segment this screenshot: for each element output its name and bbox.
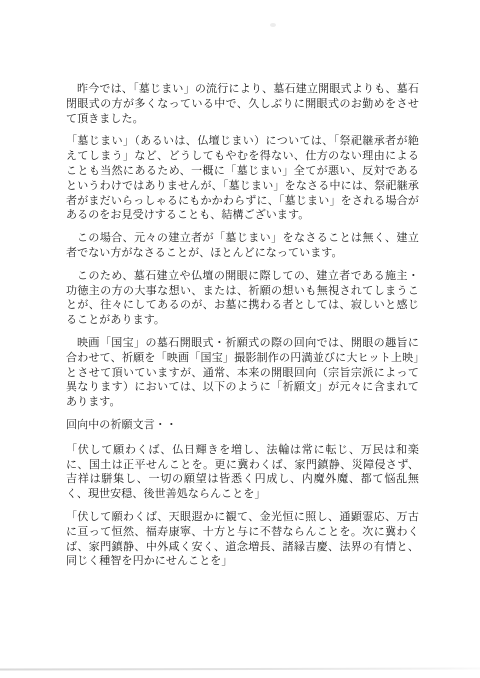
paragraph-konryusha: この場合、元々の建立者が「墓じまい」をなさることは無く、建立者でない方がなさるこ… <box>66 231 419 261</box>
paragraph-kiganbun-first-quote: 「伏して願わくば、仏日輝きを増し、法輪は常に転じ、万民は和楽に、国土は正平せんこ… <box>66 443 419 502</box>
paragraph-sabishii: このため、墓石建立や仏壇の開眼に際しての、建立者である施主・功徳主の方の大事な想… <box>66 269 419 328</box>
scan-smudge-artifact <box>270 23 276 27</box>
section-label-kigan-mongon: 回向中の祈願文言・・ <box>66 418 419 433</box>
paragraph-intro: 昨今では、「墓じまい」の流行により、墓石建立開眼式よりも、墓石閉眼式の方が多くな… <box>66 82 419 126</box>
document-body: 昨今では、「墓じまい」の流行により、墓石建立開眼式よりも、墓石閉眼式の方が多くな… <box>66 82 419 577</box>
paragraph-hakajimai-reasons: 「墓じまい」（あるいは、仏壇じまい）については、「祭祀継承者が絶えてしまう」など… <box>66 134 419 223</box>
paragraph-movie-kokuho: 映画「国宝」の墓石開眼式・祈願式の際の回向では、開眼の趣旨に合わせて、祈願を「映… <box>66 336 419 410</box>
paragraph-kiganbun-second-quote: 「伏して願わくば、天眼遐かに観て、金光恒に照し、通顕霊応、万古に亘って恒然、福寿… <box>66 510 419 569</box>
scanned-document-page: 昨今では、「墓じまい」の流行により、墓石建立開眼式よりも、墓石閉眼式の方が多くな… <box>0 0 480 678</box>
page-bottom-edge-line <box>0 667 480 670</box>
